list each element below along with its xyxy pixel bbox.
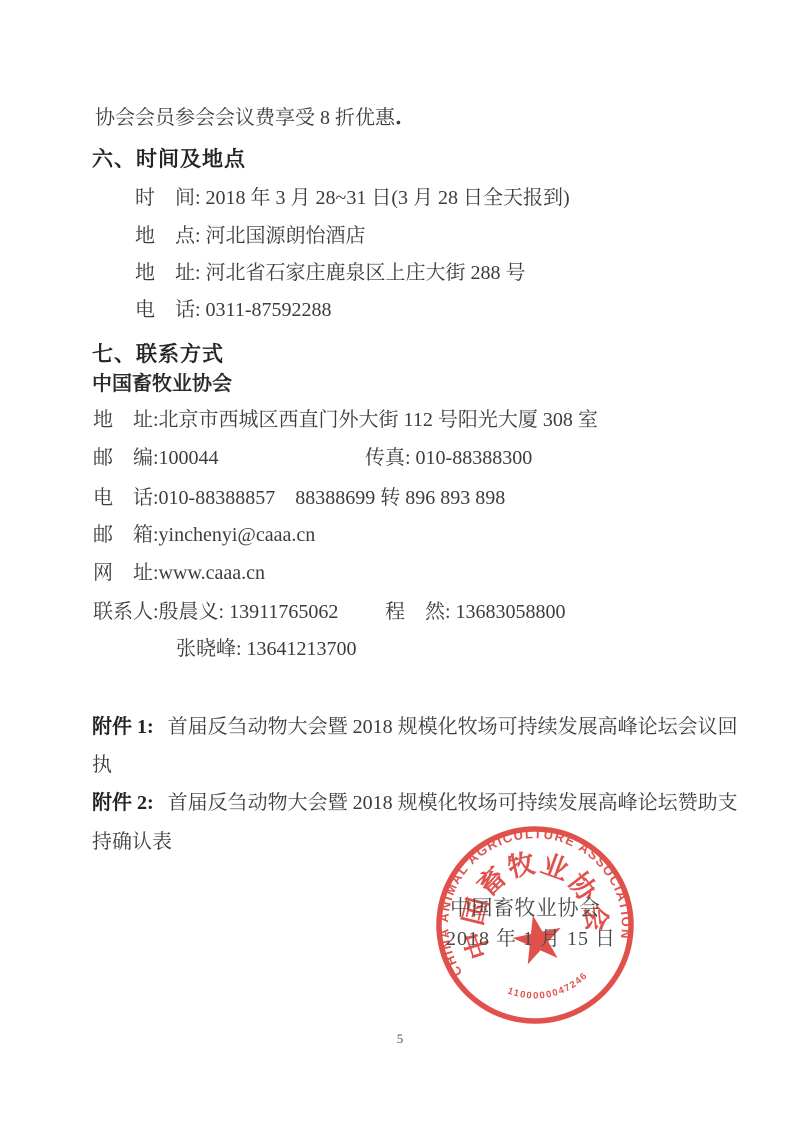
attachment-2-line2: 持确认表 [92, 825, 172, 854]
contact-phone: 电 话:010-88388857 88388699 转 896 893 898 [93, 486, 505, 510]
section6-address: 地 址: 河北省石家庄鹿泉区上庄大街 288 号 [135, 261, 526, 285]
attachment-1-label: 附件 1: [92, 716, 154, 738]
attachment-1-line1: 附件 1:首届反刍动物大会暨 2018 规模化牧场可持续发展高峰论坛会议回 [92, 710, 738, 739]
contact-person-3: 张晓峰: 13641213700 [176, 637, 357, 661]
section6-venue: 地 点: 河北国源朗怡酒店 [135, 224, 366, 248]
section6-phone: 电 话: 0311-87592288 [135, 298, 331, 322]
intro-period: ． [395, 104, 417, 129]
attachment-1-line2: 执 [92, 748, 112, 777]
document-page: 协会会员参会会议费享受 8 折优惠． 六、时间及地点 时 间: 2018 年 3… [0, 0, 800, 1131]
attachment-2-label: 附件 2: [92, 792, 154, 814]
intro-line: 协会会员参会会议费享受 8 折优惠． [95, 104, 417, 130]
page-number: 5 [0, 1031, 800, 1047]
section7-heading: 七、联系方式 [92, 338, 224, 368]
signature-date: 2018 年 1 月 15 日 [446, 922, 616, 951]
contact-person-2: 程 然: 13683058800 [385, 600, 566, 624]
attachment-1-text: 首届反刍动物大会暨 2018 规模化牧场可持续发展高峰论坛会议回 [168, 716, 738, 738]
contact-fax: 传真: 010-88388300 [365, 446, 532, 470]
intro-text: 协会会员参会会议费享受 8 折优惠 [95, 107, 395, 129]
contact-website: 网 址:www.caaa.cn [93, 561, 265, 585]
attachment-2-text: 首届反刍动物大会暨 2018 规模化牧场可持续发展高峰论坛赞助支 [168, 792, 738, 814]
contact-postcode: 邮 编:100044 [93, 446, 219, 470]
org-name: 中国畜牧业协会 [92, 372, 232, 396]
contact-address: 地 址:北京市西城区西直门外大街 112 号阳光大厦 308 室 [93, 408, 598, 432]
contact-email: 邮 箱:yinchenyi@caaa.cn [93, 523, 315, 547]
signature-org: 中国畜牧业协会 [450, 892, 601, 922]
contact-person-1: 联系人:殷晨义: 13911765062 [93, 600, 338, 624]
section6-time: 时 间: 2018 年 3 月 28~31 日(3 月 28 日全天报到) [135, 186, 570, 210]
attachment-2-line1: 附件 2:首届反刍动物大会暨 2018 规模化牧场可持续发展高峰论坛赞助支 [92, 786, 738, 815]
section6-heading: 六、时间及地点 [92, 143, 246, 173]
seal-serial-number: 1100000047246 [504, 969, 593, 1009]
